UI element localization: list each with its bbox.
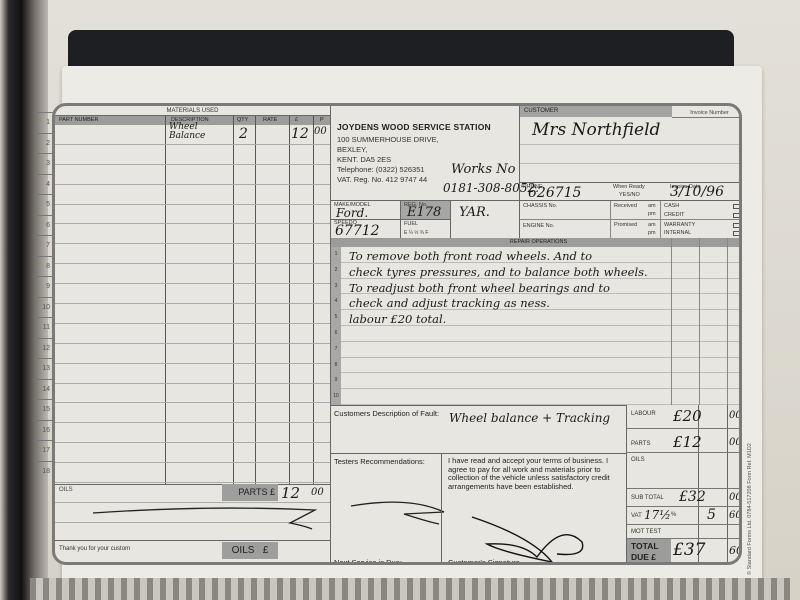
col-part-number: PART NUMBER bbox=[59, 117, 98, 123]
parts-total-pounds: 12 bbox=[281, 484, 300, 502]
make-model-cell: MAKE/MODEL Ford. bbox=[331, 201, 401, 220]
total-pence: 60 bbox=[729, 544, 742, 557]
vat-pence: 60 bbox=[729, 510, 742, 521]
line-number: 3 bbox=[331, 279, 341, 295]
address-line: 100 SUMMERHOUSE DRIVE, bbox=[337, 135, 517, 145]
line-number: 8 bbox=[331, 358, 341, 374]
table-row bbox=[55, 185, 330, 205]
thank-you-footer: Thank you for your custom bbox=[59, 546, 130, 552]
reg-suffix: YAR. bbox=[459, 205, 490, 220]
row-tab: 14 bbox=[34, 379, 54, 400]
invoice-form: MATERIALS USED PART NUMBER DESCRIPTION Q… bbox=[52, 103, 742, 565]
testers-label: Testers Recommendations: bbox=[334, 457, 425, 466]
mot-row: MOT TEST bbox=[627, 525, 742, 539]
vat-row: VAT 17½ % 5 60 bbox=[627, 507, 742, 525]
parts-total-pence: 00 bbox=[311, 487, 324, 498]
strike-through-scribble bbox=[90, 501, 330, 531]
table-row bbox=[55, 384, 330, 404]
row-tab: 10 bbox=[34, 297, 54, 318]
row-pounds: 12 bbox=[291, 126, 309, 142]
engine-label: ENGINE No. bbox=[523, 223, 554, 229]
row-tab: 8 bbox=[34, 256, 54, 277]
row-tab: 4 bbox=[34, 174, 54, 195]
payment-internal: INTERNAL bbox=[664, 230, 691, 236]
row-tab: 3 bbox=[34, 153, 54, 174]
row-number-tabs: 1 2 3 4 5 6 7 8 9 10 11 12 13 14 15 16 1… bbox=[34, 112, 54, 481]
row-tab: 2 bbox=[34, 133, 54, 154]
row-tab: 1 bbox=[34, 112, 54, 133]
terms-text: I have read and accept your terms of bus… bbox=[442, 454, 627, 491]
table-row bbox=[55, 423, 330, 443]
payment-credit: CREDIT bbox=[664, 212, 684, 218]
parts-pence: 00 bbox=[729, 437, 742, 448]
invoice-date: 3/10/96 bbox=[670, 184, 724, 200]
works-no-handwritten: Works No bbox=[451, 162, 515, 177]
table-row bbox=[55, 463, 330, 483]
table-row bbox=[55, 364, 330, 384]
labour-pence: 00 bbox=[729, 410, 742, 421]
strike-through-scribble bbox=[349, 494, 449, 529]
table-row bbox=[55, 403, 330, 423]
parts-pounds: £12 bbox=[673, 433, 702, 451]
pm-label: pm bbox=[648, 230, 656, 236]
vat-pct: % bbox=[671, 512, 676, 518]
fault-value: Wheel balance + Tracking bbox=[449, 411, 610, 425]
row-tab: 9 bbox=[34, 276, 54, 297]
chassis-engine-block: CHASSIS No. ENGINE No. Received am pm Pr… bbox=[519, 200, 742, 238]
repair-line: check and adjust tracking as ness. bbox=[349, 296, 729, 312]
materials-section: MATERIALS USED PART NUMBER DESCRIPTION Q… bbox=[55, 106, 330, 562]
pm-label: pm bbox=[648, 211, 656, 217]
fuel-cell: FUEL E ¼ ½ ¾ F bbox=[401, 220, 451, 239]
table-row bbox=[55, 205, 330, 225]
invoice-number-label: Invoice Number bbox=[672, 110, 742, 118]
divider bbox=[520, 163, 742, 164]
customer-label: CUSTOMER bbox=[520, 106, 672, 117]
table-row bbox=[55, 264, 330, 284]
speedo-value: 67712 bbox=[335, 223, 380, 239]
chassis-label: CHASSIS No. bbox=[523, 203, 557, 209]
labour-row: LABOUR £20 00 bbox=[627, 405, 742, 429]
table-row bbox=[55, 284, 330, 304]
customer-fault-block: Customers Description of Fault: Wheel ba… bbox=[331, 405, 627, 453]
line-number: 10 bbox=[331, 389, 341, 405]
customer-signature bbox=[462, 512, 592, 565]
vehicle-block: MAKE/MODEL Ford. REG. No. E178 YAR. SPEE… bbox=[331, 200, 519, 238]
fuel-label: FUEL bbox=[404, 221, 418, 227]
total-pounds: £37 bbox=[673, 540, 705, 560]
divider bbox=[660, 201, 661, 239]
col-rate: RATE bbox=[263, 117, 277, 123]
job-details: JOYDENS WOOD SERVICE STATION 100 SUMMERH… bbox=[330, 106, 742, 562]
terms-block: I have read and accept your terms of bus… bbox=[441, 454, 627, 565]
when-ready-label: When Ready bbox=[613, 184, 645, 190]
divider bbox=[520, 219, 742, 220]
repair-line: To readjust both front wheel bearings an… bbox=[349, 281, 729, 297]
mot-label: MOT TEST bbox=[631, 529, 661, 535]
col-pence: P bbox=[320, 117, 324, 123]
customer-block: CUSTOMER Invoice Number Mrs Northfield bbox=[519, 106, 742, 182]
labour-pounds: £20 bbox=[673, 407, 702, 425]
internal-checkbox[interactable] bbox=[733, 231, 740, 236]
credit-checkbox[interactable] bbox=[733, 213, 740, 218]
totals-block: LABOUR £20 00 PARTS £12 00 OILS SUB TOTA… bbox=[627, 405, 742, 565]
binder-clip bbox=[68, 30, 734, 70]
row-tab: 11 bbox=[34, 317, 54, 338]
col-pounds: £ bbox=[295, 117, 298, 123]
repair-line: To remove both front road wheels. And to bbox=[349, 249, 729, 265]
table-row bbox=[55, 165, 330, 185]
vat-rate: 17½ bbox=[644, 508, 671, 522]
phone-value: 626715 bbox=[528, 185, 581, 201]
oils-label: OILS bbox=[59, 487, 73, 493]
make-model-value: Ford. bbox=[336, 206, 368, 220]
received-label: Received bbox=[614, 203, 637, 209]
table-row bbox=[55, 224, 330, 244]
row-qty: 2 bbox=[239, 126, 248, 142]
divider bbox=[610, 201, 611, 239]
fault-label: Customers Description of Fault: bbox=[334, 409, 439, 418]
address-line: BEXLEY, bbox=[337, 145, 517, 155]
vat-pounds: 5 bbox=[707, 507, 716, 523]
row-tab: 5 bbox=[34, 194, 54, 215]
table-row bbox=[55, 304, 330, 324]
line-number: 2 bbox=[331, 263, 341, 279]
subtotal-label: SUB TOTAL bbox=[631, 495, 664, 501]
line-number: 9 bbox=[331, 373, 341, 389]
row-tab: 16 bbox=[34, 420, 54, 441]
row-tab: 13 bbox=[34, 358, 54, 379]
payment-warranty: WARRANTY bbox=[664, 222, 695, 228]
line-number: 4 bbox=[331, 294, 341, 310]
table-row bbox=[55, 244, 330, 264]
row-pence: 00 bbox=[314, 126, 327, 137]
table-row bbox=[55, 443, 330, 463]
materials-title: MATERIALS USED bbox=[55, 106, 330, 116]
repair-line: labour £20 total. bbox=[349, 312, 729, 328]
parts-row: PARTS £12 00 bbox=[627, 429, 742, 453]
row-tab: 17 bbox=[34, 440, 54, 461]
reg-value: E178 bbox=[407, 205, 441, 220]
subtotal-pence: 00 bbox=[729, 492, 742, 503]
col-qty: QTY bbox=[237, 117, 248, 123]
materials-table: Wheel Balance 2 12 00 bbox=[55, 125, 330, 484]
testers-block: Testers Recommendations: Next Service is… bbox=[331, 453, 627, 565]
oils-row: OILS bbox=[627, 453, 742, 489]
next-service-label: Next Service is Due: bbox=[334, 558, 402, 565]
form-printer-credit: © Standard Forms Ltd. 0784-517208 Form R… bbox=[747, 443, 753, 575]
repair-line: check tyres pressures, and to balance bo… bbox=[349, 265, 729, 281]
row-description: Wheel Balance bbox=[169, 123, 229, 141]
line-number: 7 bbox=[331, 342, 341, 358]
repair-operations-text: To remove both front road wheels. And to… bbox=[349, 249, 729, 328]
subtotal-pounds: £32 bbox=[679, 489, 706, 505]
row-tab: 15 bbox=[34, 399, 54, 420]
row-tab: 7 bbox=[34, 235, 54, 256]
phone-row: PHONE 626715 When Ready YES/NO Invoice D… bbox=[519, 182, 742, 200]
row-tab: 6 bbox=[34, 215, 54, 236]
yes-no-label: YES/NO bbox=[619, 192, 640, 198]
parts-label: PARTS bbox=[631, 441, 650, 447]
binder-rings bbox=[30, 578, 790, 600]
cash-checkbox[interactable] bbox=[733, 204, 740, 209]
company-name: JOYDENS WOOD SERVICE STATION bbox=[337, 122, 517, 132]
oils-total-label: OILS £ bbox=[222, 542, 278, 559]
divider bbox=[55, 540, 330, 541]
table-row bbox=[55, 324, 330, 344]
parts-total-label: PARTS £ bbox=[222, 484, 278, 501]
payment-cash: CASH bbox=[664, 203, 679, 209]
repair-line-numbers: 1 2 3 4 5 6 7 8 9 10 bbox=[331, 247, 341, 405]
line-number: 5 bbox=[331, 310, 341, 326]
subtotal-row: SUB TOTAL £32 00 bbox=[627, 489, 742, 507]
row-tab: 18 bbox=[34, 461, 54, 482]
customer-name: Mrs Northfield bbox=[532, 120, 660, 140]
warranty-checkbox[interactable] bbox=[733, 223, 740, 228]
am-label: am bbox=[648, 222, 656, 228]
divider bbox=[520, 144, 742, 145]
vat-label: VAT bbox=[631, 513, 642, 519]
labour-label: LABOUR bbox=[631, 411, 656, 417]
speedo-cell: SPEEDO 67712 bbox=[331, 220, 401, 239]
table-row bbox=[55, 344, 330, 364]
fuel-scale: E ¼ ½ ¾ F bbox=[404, 230, 428, 236]
oils-label: OILS bbox=[631, 457, 645, 463]
repair-operations-header: REPAIR OPERATIONS bbox=[331, 238, 742, 247]
am-label: am bbox=[648, 203, 656, 209]
promised-label: Promised bbox=[614, 222, 637, 228]
table-row: Wheel Balance 2 12 00 bbox=[55, 125, 330, 145]
total-due-label: TOTAL DUE £ bbox=[627, 539, 671, 565]
reg-cell: REG. No. E178 bbox=[401, 201, 451, 220]
table-row bbox=[55, 145, 330, 165]
row-tab: 12 bbox=[34, 338, 54, 359]
line-number: 6 bbox=[331, 326, 341, 342]
line-number: 1 bbox=[331, 247, 341, 263]
